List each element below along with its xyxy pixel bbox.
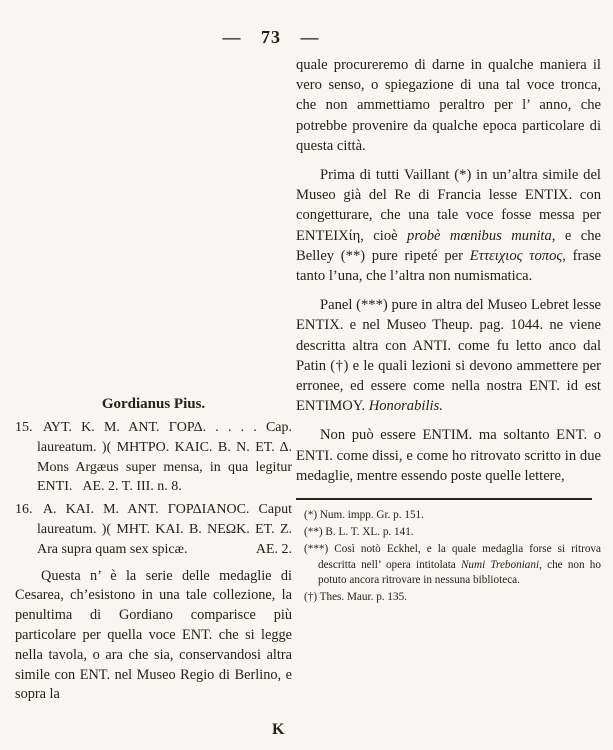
paragraph-1: quale procureremo di darne in qualche ma… xyxy=(296,55,601,156)
page-number-header: — 73 — xyxy=(0,27,542,48)
footnotes: (*) Num. impp. Gr. p. 151. (**) B. L. T.… xyxy=(296,508,601,605)
footnote-3: (***) Così notò Eckhel, e la quale medag… xyxy=(296,542,601,588)
greek-phrase: Εττειχιος τοπος xyxy=(470,248,563,264)
section-heading: Gordianus Pius. xyxy=(15,396,292,413)
right-column: quale procureremo di darne in qualche ma… xyxy=(296,55,601,605)
footnote-4: (†) Thes. Maur. p. 135. xyxy=(296,590,601,605)
footnote-divider xyxy=(296,498,592,500)
latin-italic-word: Honorabilis. xyxy=(369,398,443,414)
paragraph-4: Non può essere ENTIM. ma soltanto ENT. o… xyxy=(296,425,601,486)
footnote-2: (**) B. L. T. XL. p. 141. xyxy=(296,525,601,540)
paragraph-3-text: Panel (***) pure in altra del Museo Lebr… xyxy=(296,297,601,414)
left-closing-paragraph: Questa n’ è la serie delle medaglie di C… xyxy=(15,567,292,706)
entry-number: 15. xyxy=(15,420,33,435)
entry-reference: AE. 2. T. III. n. 8. xyxy=(82,479,181,494)
footnote-1: (*) Num. impp. Gr. p. 151. xyxy=(296,508,601,523)
paragraph-2: Prima di tutti Vaillant (*) in un’altra … xyxy=(296,165,601,286)
latin-italic-phrase: probè mœnibus munita xyxy=(407,228,552,244)
left-column: Gordianus Pius. 15. ΑΥΤ. Κ. Μ. ΑΝΤ. ΓΟΡΔ… xyxy=(15,396,292,705)
catalog-entry-16: 16. Α. ΚΑΙ. Μ. ΑΝΤ. ΓΟΡΔΙΑΝΟC. Caput lau… xyxy=(15,500,292,559)
entry-body: Α. ΚΑΙ. Μ. ΑΝΤ. ΓΟΡΔΙΑΝΟC. Caput laureat… xyxy=(37,502,292,557)
entry-reference: AE. 2. xyxy=(256,540,292,560)
paragraph-3: Panel (***) pure in altra del Museo Lebr… xyxy=(296,295,601,416)
footnote-3-italic-title: Numi Treboniani xyxy=(461,559,539,571)
signature-mark: K xyxy=(272,721,284,739)
entry-number: 16. xyxy=(15,502,33,517)
catalog-entry-15: 15. ΑΥΤ. Κ. Μ. ΑΝΤ. ΓΟΡΔ. . . . . Cap. l… xyxy=(15,418,292,497)
